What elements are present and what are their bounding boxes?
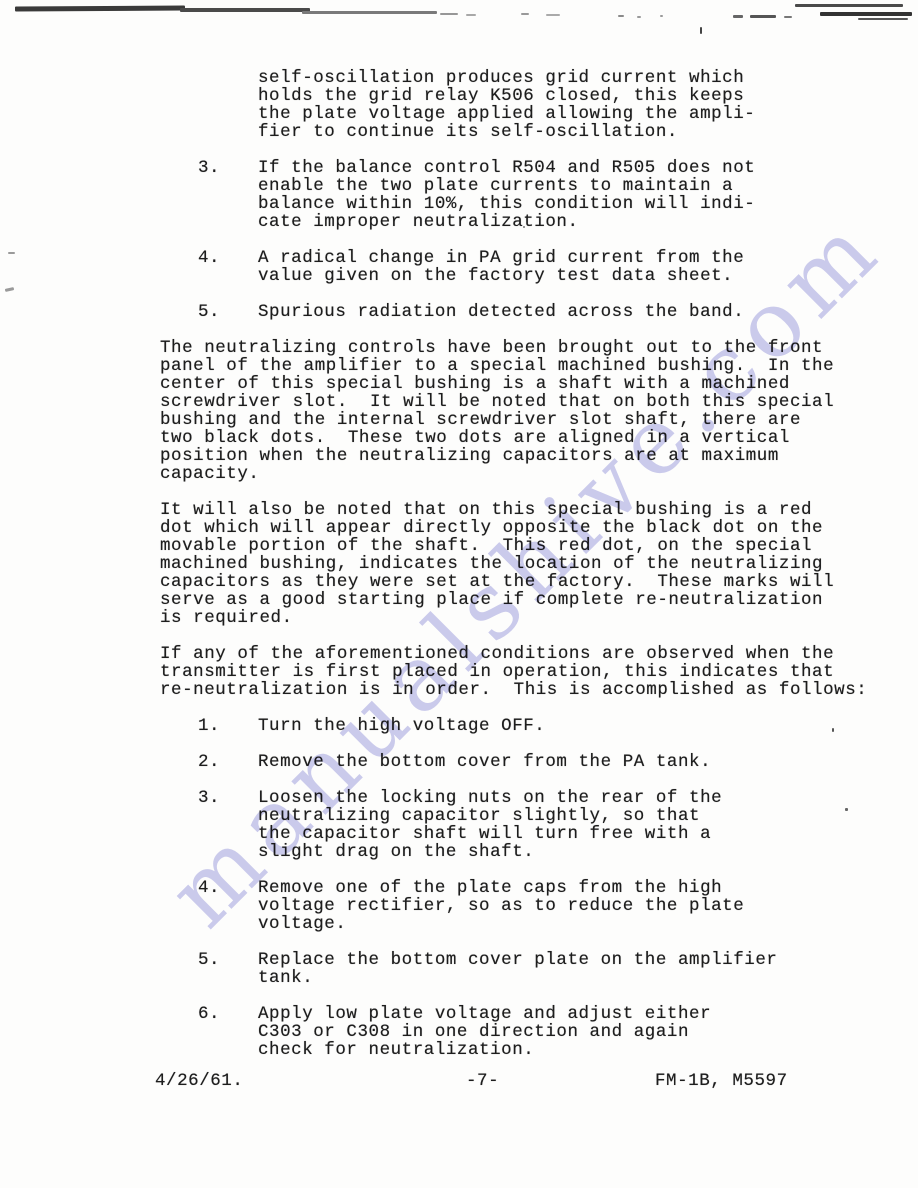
list-item-text: Remove the bottom cover from the PA tank… (258, 753, 860, 771)
scan-artifact-speck (637, 16, 641, 18)
list-item-text: Remove one of the plate caps from the hi… (258, 879, 860, 933)
list-number: 4. (198, 249, 258, 285)
list-item-text: If the balance control R504 and R505 doe… (258, 159, 860, 231)
paragraph-continuation: self-oscillation produces grid current w… (258, 69, 860, 141)
paragraph: It will also be noted that on this speci… (160, 501, 860, 627)
condition-item: 3. If the balance control R504 and R505 … (198, 159, 860, 231)
paragraph: The neutralizing controls have been brou… (160, 339, 860, 483)
list-number: 3. (198, 789, 258, 861)
list-number: 4. (198, 879, 258, 933)
list-item-text: Apply low plate voltage and adjust eithe… (258, 1005, 860, 1059)
scan-artifact-line (180, 8, 310, 12)
footer-date: 4/26/61. (155, 1072, 243, 1090)
list-number: 3. (198, 159, 258, 231)
scan-artifact-speck (8, 252, 15, 254)
scan-artifact-speck (618, 15, 624, 17)
list-number: 5. (198, 303, 258, 321)
scan-artifact-tick (700, 27, 702, 34)
scan-artifact-dash (750, 15, 776, 18)
scan-artifact-dash (521, 13, 529, 15)
scan-artifact-dash (440, 13, 458, 15)
list-item-text: Loosen the locking nuts on the rear of t… (258, 789, 860, 861)
scan-artifact-dash (784, 16, 792, 18)
footer-page-number: -7- (466, 1072, 499, 1090)
scan-artifact-line (302, 11, 437, 14)
list-number: 2. (198, 753, 258, 771)
step-item: 1. Turn the high voltage OFF. (198, 717, 860, 735)
scan-artifact-dash (466, 14, 476, 16)
scan-artifact-line (858, 18, 908, 20)
step-item: 5. Replace the bottom cover plate on the… (198, 951, 860, 987)
step-item: 2. Remove the bottom cover from the PA t… (198, 753, 860, 771)
list-number: 6. (198, 1005, 258, 1059)
scan-artifact-line (820, 12, 912, 16)
paragraph: If any of the aforementioned conditions … (160, 645, 860, 699)
scan-artifact-line (795, 4, 903, 7)
list-item-text: Spurious radiation detected across the b… (258, 303, 860, 321)
page-footer: 4/26/61. -7- FM-1B, M5597 (0, 1072, 918, 1094)
step-item: 3. Loosen the locking nuts on the rear o… (198, 789, 860, 861)
scanned-manual-page: self-oscillation produces grid current w… (0, 0, 918, 1188)
list-number: 1. (198, 717, 258, 735)
scan-artifact-line (15, 6, 185, 12)
step-item: 6. Apply low plate voltage and adjust ei… (198, 1005, 860, 1059)
scan-artifact-dash (546, 14, 560, 16)
list-item-text: Turn the high voltage OFF. (258, 717, 860, 735)
condition-item: 4. A radical change in PA grid current f… (198, 249, 860, 285)
condition-item: 5. Spurious radiation detected across th… (198, 303, 860, 321)
step-item: 4. Remove one of the plate caps from the… (198, 879, 860, 933)
scan-artifact-speck (660, 15, 663, 17)
list-number: 5. (198, 951, 258, 987)
footer-doc-reference: FM-1B, M5597 (655, 1072, 788, 1090)
scan-artifact-dash (733, 15, 743, 18)
scan-artifact-speck (5, 287, 14, 292)
list-item-text: Replace the bottom cover plate on the am… (258, 951, 860, 987)
page-content: self-oscillation produces grid current w… (160, 69, 860, 1077)
list-item-text: A radical change in PA grid current from… (258, 249, 860, 285)
